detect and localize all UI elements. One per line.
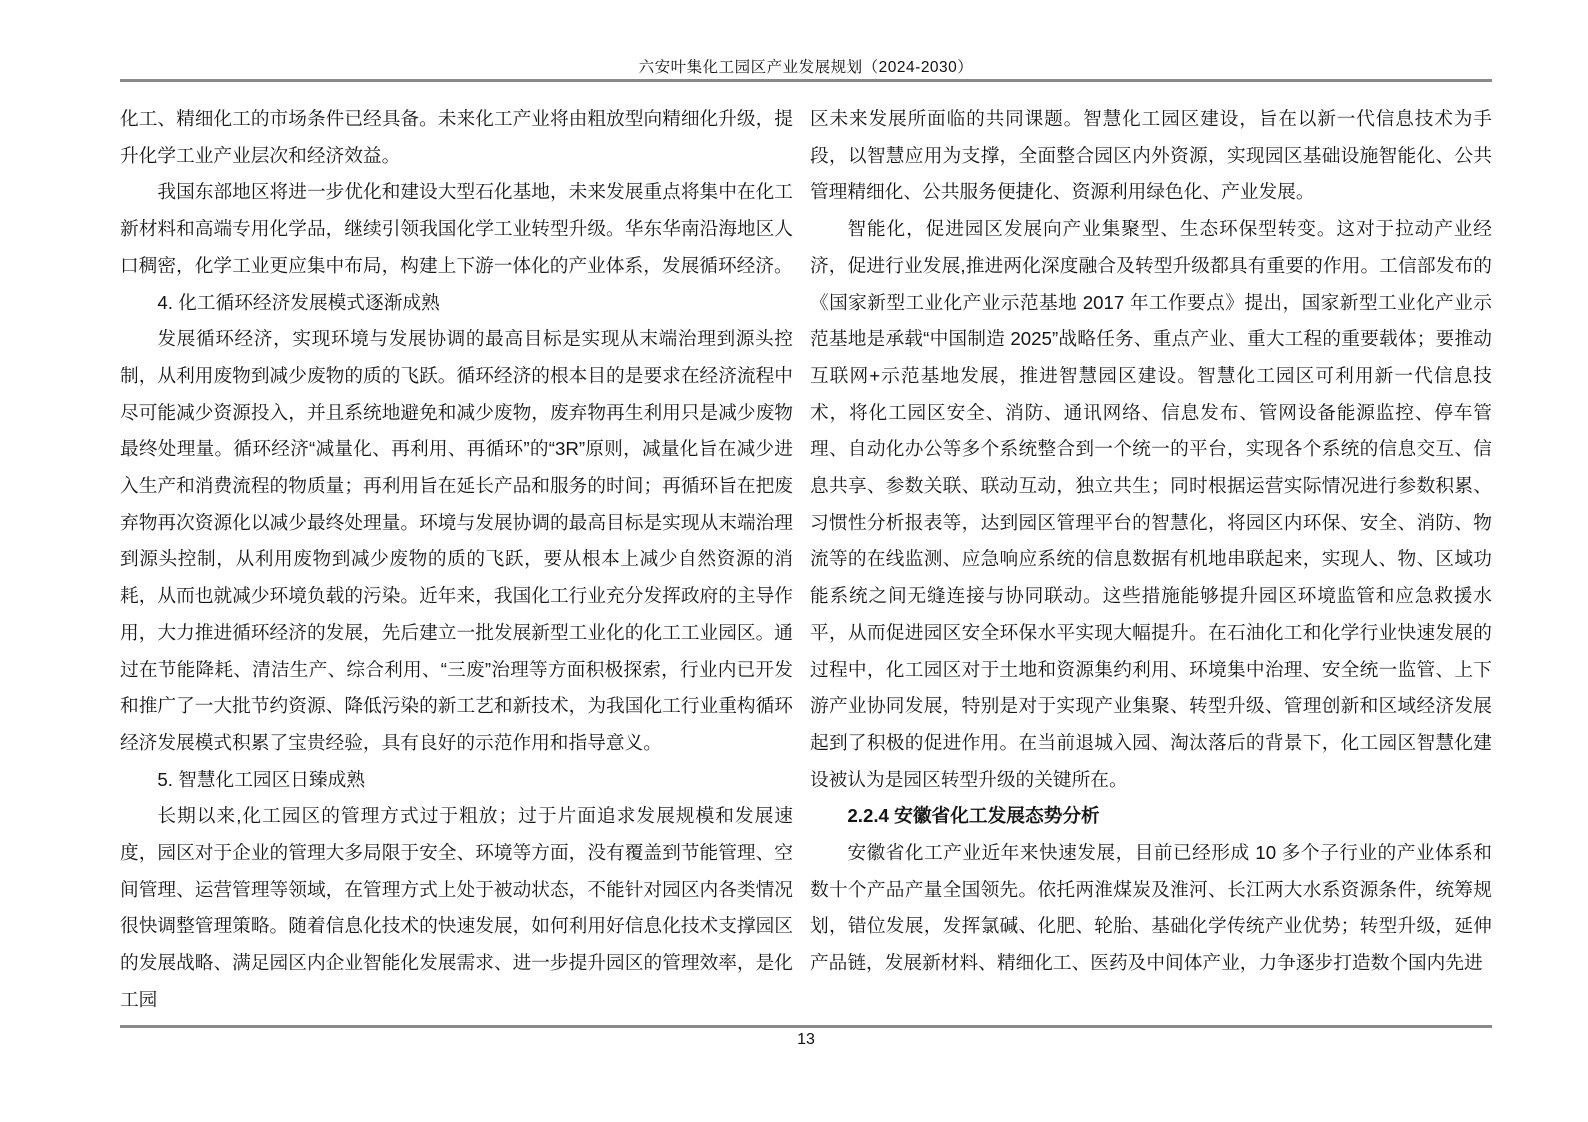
paragraph-park-management: 长期以来,化工园区的管理方式过于粗放；过于片面追求发展规模和发展速度，园区对于企… — [120, 798, 793, 1018]
paragraph-circular-economy: 发展循环经济，实现环境与发展协调的最高目标是实现从末端治理到源头控制，从利用废物… — [120, 321, 793, 761]
footer-rule — [120, 1025, 1492, 1028]
header-rule — [120, 79, 1492, 82]
paragraph-intelligentization: 智能化，促进园区发展向产业集聚型、生态环保型转变。这对于拉动产业经济，促进行业发… — [810, 211, 1492, 798]
left-column: 化工、精细化工的市场条件已经具备。未来化工产业将由粗放型向精细化升级，提升化学工… — [120, 101, 793, 1019]
paragraph-market-conditions: 化工、精细化工的市场条件已经具备。未来化工产业将由粗放型向精细化升级，提升化学工… — [120, 101, 793, 174]
page-number: 13 — [120, 1030, 1492, 1050]
paragraph-smart-park-construction: 区未来发展所面临的共同课题。智慧化工园区建设，旨在以新一代信息技术为手段，以智慧… — [810, 101, 1492, 211]
section-heading-2-2-4-anhui-analysis: 2.2.4 安徽省化工发展态势分析 — [810, 798, 1492, 835]
section-heading-5-smart-park: 5. 智慧化工园区日臻成熟 — [120, 762, 793, 799]
paragraph-eastern-region: 我国东部地区将进一步优化和建设大型石化基地，未来发展重点将集中在化工新材料和高端… — [120, 174, 793, 284]
paragraph-anhui-chemical-industry: 安徽省化工产业近年来快速发展，目前已经形成 10 多个子行业的产业体系和数十个产… — [810, 835, 1492, 982]
section-heading-4-circular-economy: 4. 化工循环经济发展模式逐渐成熟 — [120, 285, 793, 322]
right-column: 区未来发展所面临的共同课题。智慧化工园区建设，旨在以新一代信息技术为手段，以智慧… — [810, 101, 1492, 982]
page-header-title: 六安叶集化工园区产业发展规划（2024-2030） — [120, 58, 1492, 78]
document-page: 六安叶集化工园区产业发展规划（2024-2030） 化工、精细化工的市场条件已经… — [0, 0, 1588, 1122]
